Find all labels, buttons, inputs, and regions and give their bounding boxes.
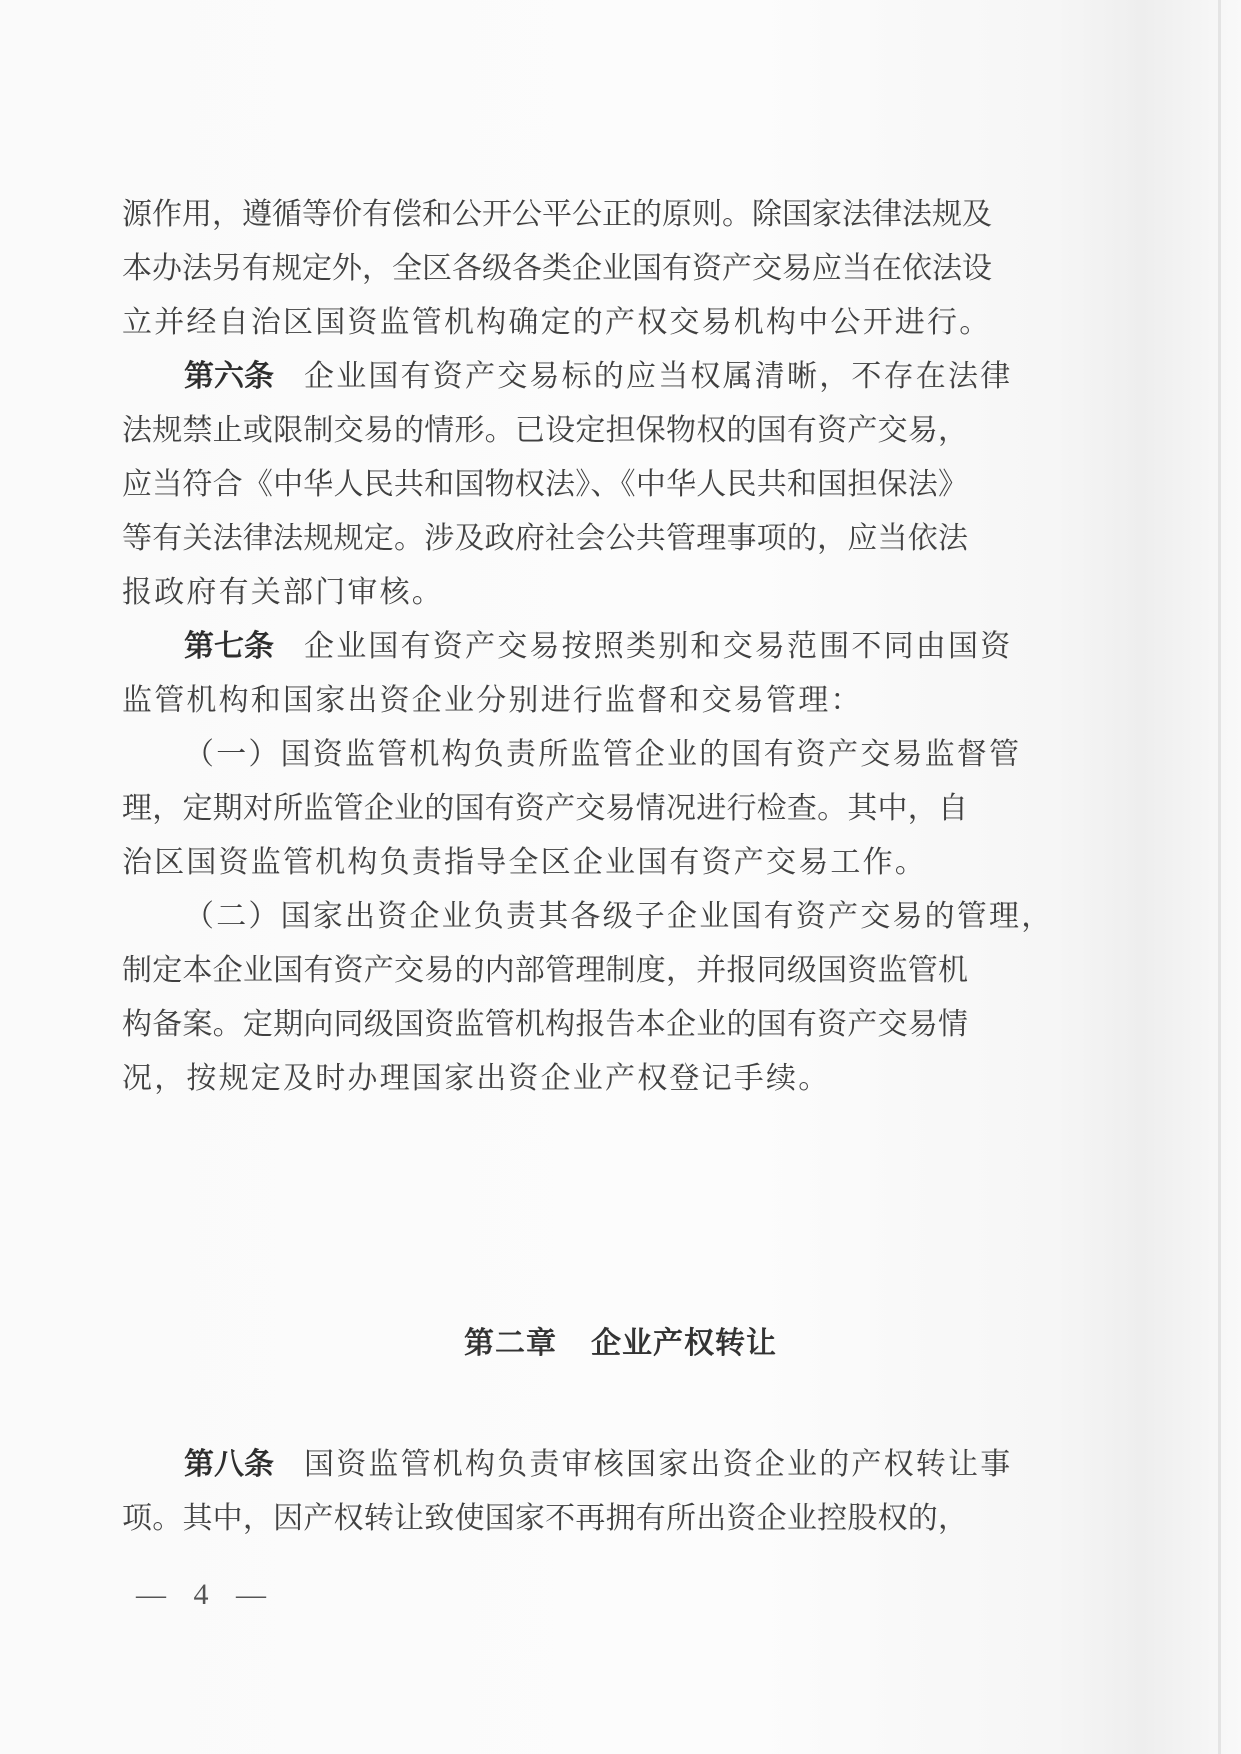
text-span: 企业国有资产交易按照类别和交易范围不同由国资 [304, 629, 1012, 664]
article-7-label: 第七条 [184, 629, 274, 664]
chapter-heading: 第二章企业产权转让 [0, 1318, 1241, 1362]
text-line: 立并经自治区国资监管机构确定的产权交易机构中公开进行。 [122, 296, 968, 350]
text-line: 制定本企业国有资产交易的内部管理制度，并报同级国资监管机 [122, 944, 968, 998]
list-item-1-line: （一）国资监管机构负责所监管企业的国有资产交易监督管 [122, 728, 968, 782]
text-span: 企业国有资产交易标的应当权属清晰，不存在法律 [304, 359, 1012, 394]
text-line: 项。其中，因产权转让致使国家不再拥有所出资企业控股权的， [122, 1492, 968, 1546]
text-line: 法规禁止或限制交易的情形。已设定担保物权的国有资产交易， [122, 404, 968, 458]
text-line: 报政府有关部门审核。 [122, 566, 968, 620]
article-8-first-line: 第八条国资监管机构负责审核国家出资企业的产权转让事 [122, 1438, 968, 1492]
text-line: 构备案。定期向同级国资监管机构报告本企业的国有资产交易情 [122, 998, 968, 1052]
page-edge-shadow [1218, 0, 1221, 1754]
text-line: 治区国资监管机构负责指导全区企业国有资产交易工作。 [122, 836, 968, 890]
document-body: 源作用，遵循等价有偿和公开公平公正的原则。除国家法律法规及 本办法另有规定外，全… [122, 188, 968, 1106]
article-7-first-line: 第七条企业国有资产交易按照类别和交易范围不同由国资 [122, 620, 968, 674]
list-item-2-line: （二）国家出资企业负责其各级子企业国有资产交易的管理， [122, 890, 968, 944]
page-number: — 4 — [136, 1578, 276, 1612]
text-line: 源作用，遵循等价有偿和公开公平公正的原则。除国家法律法规及 [122, 188, 968, 242]
text-line: 等有关法律法规规定。涉及政府社会公共管理事项的，应当依法 [122, 512, 968, 566]
text-span: 国资监管机构负责审核国家出资企业的产权转让事 [304, 1447, 1012, 1482]
text-line: 应当符合《中华人民共和国物权法》、《中华人民共和国担保法》 [122, 458, 968, 512]
scanned-page: 源作用，遵循等价有偿和公开公平公正的原则。除国家法律法规及 本办法另有规定外，全… [0, 0, 1241, 1754]
chapter-number: 第二章 [464, 1326, 557, 1361]
article-6-first-line: 第六条企业国有资产交易标的应当权属清晰，不存在法律 [122, 350, 968, 404]
text-line: 监管机构和国家出资企业分别进行监督和交易管理： [122, 674, 968, 728]
chapter-title: 企业产权转让 [591, 1326, 777, 1361]
text-line: 本办法另有规定外，全区各级各类企业国有资产交易应当在依法设 [122, 242, 968, 296]
article-6-label: 第六条 [184, 359, 274, 394]
document-body-lower: 第八条国资监管机构负责审核国家出资企业的产权转让事 项。其中，因产权转让致使国家… [122, 1438, 968, 1546]
text-line: 理，定期对所监管企业的国有资产交易情况进行检查。其中，自 [122, 782, 968, 836]
article-8-label: 第八条 [184, 1447, 274, 1482]
text-line: 况，按规定及时办理国家出资企业产权登记手续。 [122, 1052, 968, 1106]
